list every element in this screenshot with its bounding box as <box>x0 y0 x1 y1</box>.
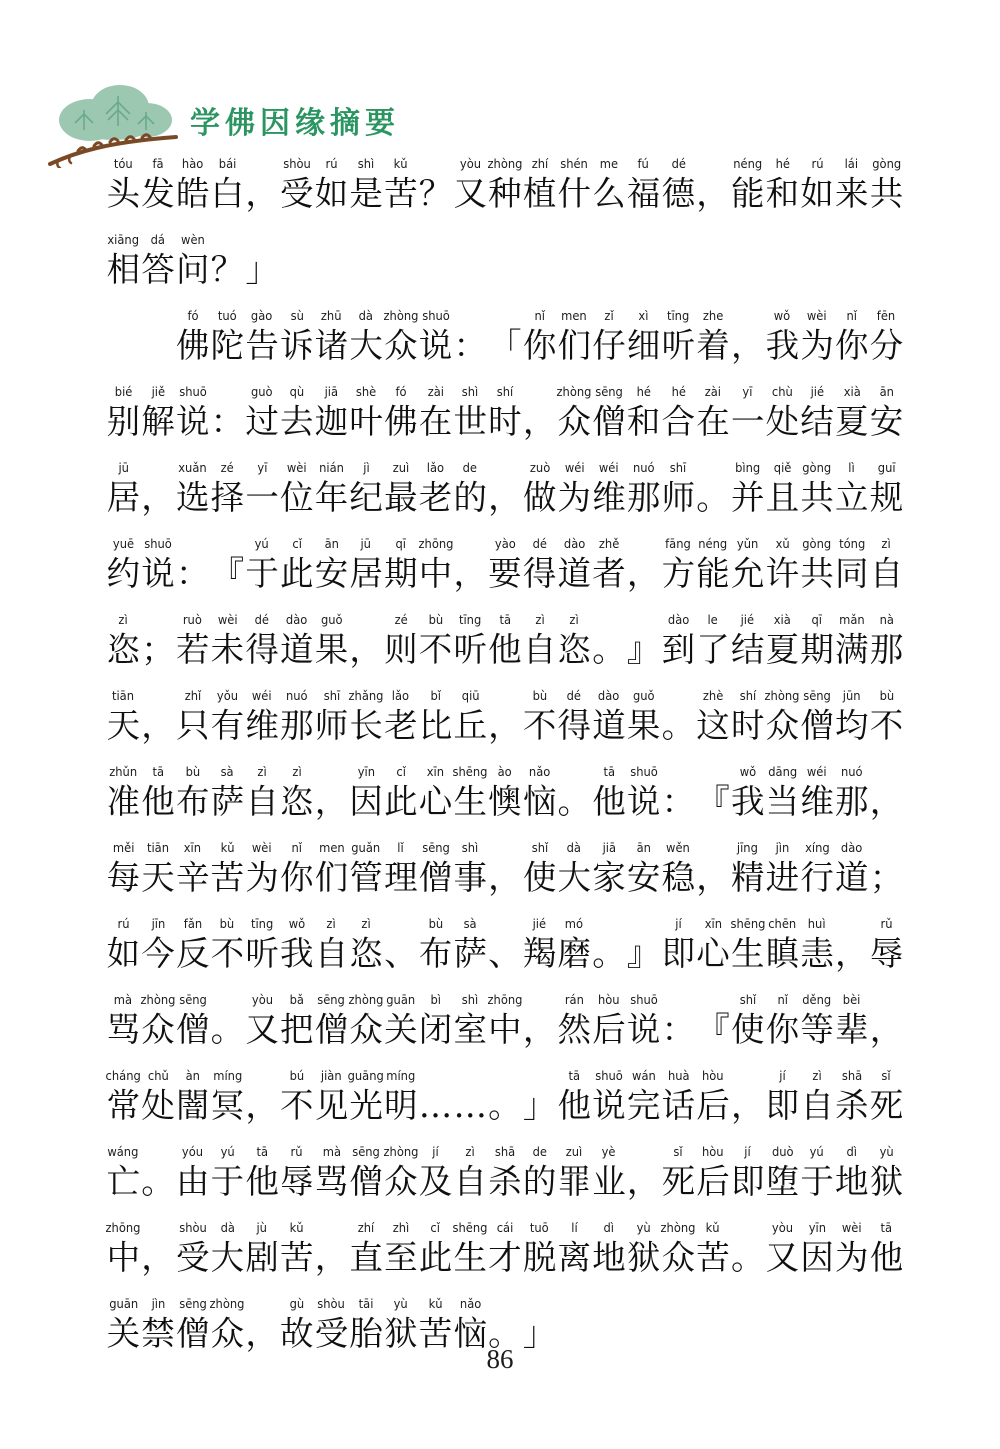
hanzi-character: 皓 <box>176 173 210 213</box>
pinyin-annotation: sà <box>221 764 234 781</box>
char-cell: míng冥 <box>210 1068 245 1125</box>
pinyin-annotation: fā <box>152 156 163 173</box>
hanzi-character: 并 <box>731 477 765 517</box>
pinyin-annotation: fēn <box>877 308 895 325</box>
hanzi-character: 萨 <box>211 781 245 821</box>
pinyin-annotation: zhū <box>321 308 342 325</box>
hanzi-character: 且 <box>766 477 800 517</box>
hanzi-character: 那 <box>835 781 869 821</box>
pinyin-annotation: shuō <box>144 536 172 553</box>
char-cell: 。 <box>730 1220 765 1277</box>
hanzi-character: 杀 <box>835 1085 869 1125</box>
hanzi-character: ， <box>870 1009 904 1049</box>
hanzi-character: 』 <box>627 629 661 669</box>
pinyin-annotation: míng <box>213 1068 242 1085</box>
hanzi-character: 苦 <box>696 1237 730 1277</box>
pinyin-annotation: mǎn <box>839 612 865 629</box>
char-cell: xià夏 <box>765 612 800 669</box>
hanzi-character: 离 <box>558 1237 592 1277</box>
pinyin-annotation: sēng <box>422 840 450 857</box>
hanzi-character: 每 <box>107 857 141 897</box>
char-cell: ， <box>626 1144 661 1201</box>
char-cell: lái来 <box>834 156 869 213</box>
pinyin-annotation: bù <box>532 688 547 705</box>
pinyin-annotation: fó <box>395 384 406 401</box>
char-cell: shí时 <box>730 688 765 745</box>
hanzi-character: 众 <box>349 1009 383 1049</box>
pinyin-annotation: de <box>463 460 477 477</box>
pinyin-annotation: jí <box>745 1144 751 1161</box>
char-cell: dào道 <box>834 840 869 897</box>
char-cell: ， <box>453 536 488 593</box>
hanzi-character: 地 <box>835 1161 869 1201</box>
pinyin-annotation: bù <box>185 764 200 781</box>
hanzi-character: 世 <box>453 401 487 441</box>
char-cell: guān关 <box>384 992 419 1049</box>
char-cell: shuō说 <box>626 764 661 821</box>
char-cell: jiā迦 <box>314 384 349 441</box>
hanzi-character: 羯 <box>523 933 557 973</box>
pinyin-annotation: sēng <box>803 688 831 705</box>
hanzi-character: 这 <box>696 705 730 745</box>
hanzi-character: 果 <box>315 629 349 669</box>
pinyin-annotation: sǐ <box>674 1144 683 1161</box>
hanzi-character: 择 <box>211 477 245 517</box>
hanzi-character: 和 <box>766 173 800 213</box>
pinyin-annotation: mà <box>114 992 132 1009</box>
pinyin-annotation: hòu <box>702 1144 724 1161</box>
hanzi-character: ？ <box>419 173 453 213</box>
hanzi-character: ， <box>835 933 869 973</box>
hanzi-character: 大 <box>349 325 383 365</box>
char-cell: zhì至 <box>384 1220 419 1277</box>
hanzi-character: 常 <box>107 1085 141 1125</box>
hanzi-character: 僧 <box>800 705 834 745</box>
pinyin-annotation: dà <box>567 840 581 857</box>
pinyin-annotation: cǐ <box>292 536 302 553</box>
char-cell: lí离 <box>557 1220 592 1277</box>
hanzi-character: 同 <box>835 553 869 593</box>
hanzi-character: ， <box>696 857 730 897</box>
pinyin-annotation: dà <box>220 1220 234 1237</box>
char-cell: jiā家 <box>592 840 627 897</box>
hanzi-character: 说 <box>592 1085 626 1125</box>
char-cell: chù处 <box>765 384 800 441</box>
pinyin-annotation: jū <box>361 536 371 553</box>
hanzi-character: 理 <box>384 857 418 897</box>
pinyin-annotation: mà <box>322 1144 340 1161</box>
pinyin-annotation: zì <box>570 612 579 629</box>
hanzi-character: 道 <box>280 629 314 669</box>
hanzi-character: 僧 <box>592 401 626 441</box>
char-cell: yīn因 <box>349 764 384 821</box>
hanzi-character: 反 <box>176 933 210 973</box>
hanzi-character: 那 <box>870 629 904 669</box>
pinyin-annotation: nǐ <box>292 840 302 857</box>
hanzi-character: 众 <box>766 705 800 745</box>
hanzi-character: 他 <box>558 1085 592 1125</box>
pinyin-annotation: sēng <box>352 1144 380 1161</box>
char-cell: ， <box>869 992 904 1049</box>
text-line: zhǔn准tā他bù布sà萨zì自zì恣，yīn因cǐ此xīn心shēng生ào… <box>106 764 926 821</box>
pinyin-annotation: jié <box>810 384 823 401</box>
pinyin-annotation: kǔ <box>290 1220 304 1237</box>
hanzi-character: … <box>419 1085 453 1125</box>
char-cell: àn闇 <box>175 1068 210 1125</box>
hanzi-character: 天 <box>107 705 141 745</box>
char-cell: wáng亡 <box>106 1144 141 1201</box>
pinyin-annotation: shì <box>462 840 478 857</box>
pinyin-annotation: lǎo <box>427 460 444 477</box>
hanzi-character: 说 <box>627 781 661 821</box>
hanzi-character: ： <box>453 325 487 365</box>
pinyin-annotation: jūn <box>843 688 861 705</box>
hanzi-character: 说 <box>141 553 175 593</box>
char-cell: shuō说 <box>141 536 176 593</box>
pinyin-annotation: jí <box>779 1068 785 1085</box>
hanzi-character: 果 <box>627 705 661 745</box>
char-cell: cǐ此 <box>384 764 419 821</box>
pinyin-annotation: shēng <box>453 1220 488 1237</box>
text-line: rú如jīn今fǎn反bù不tīng听wǒ我zì自zì恣、bù布sà萨、jié羯… <box>106 916 926 973</box>
char-cell: zhǔn准 <box>106 764 141 821</box>
char-cell: jí即 <box>730 1144 765 1201</box>
hanzi-character: 又 <box>453 173 487 213</box>
pinyin-annotation: zhōng <box>106 1220 141 1237</box>
char-cell: tóu头 <box>106 156 141 213</box>
text-line: cháng常chǔ处àn闇míng冥，bú不jiàn见guāng光míng明……… <box>106 1068 926 1125</box>
pinyin-annotation: shuō <box>630 764 658 781</box>
char-cell: jīng精 <box>730 840 765 897</box>
char-cell: qù去 <box>279 384 314 441</box>
hanzi-character: 直 <box>349 1237 383 1277</box>
hanzi-character: 时 <box>731 705 765 745</box>
pinyin-annotation: nà <box>879 612 893 629</box>
hanzi-character: 自 <box>245 781 279 821</box>
hanzi-character: 最 <box>384 477 418 517</box>
char-cell: zhōng中 <box>418 536 453 593</box>
char-cell: shǐ使 <box>730 992 765 1049</box>
pinyin-annotation: fú <box>638 156 649 173</box>
char-cell: wěn稳 <box>661 840 696 897</box>
hanzi-character: 维 <box>245 705 279 745</box>
hanzi-character: 如 <box>800 173 834 213</box>
char-cell: tā他 <box>557 1068 592 1125</box>
hanzi-character: 懊 <box>488 781 522 821</box>
hanzi-character: ， <box>696 173 730 213</box>
pinyin-annotation: yuē <box>113 536 134 553</box>
char-cell: zhòng种 <box>488 156 523 213</box>
char-cell: zì恣 <box>106 612 141 669</box>
pinyin-annotation: tā <box>152 764 164 781</box>
pinyin-annotation: dà <box>359 308 373 325</box>
char-cell: yú于 <box>800 1144 835 1201</box>
hanzi-character: 们 <box>558 325 592 365</box>
hanzi-character: 。 <box>731 1237 765 1277</box>
char-cell: mǎn满 <box>834 612 869 669</box>
hanzi-character: 如 <box>315 173 349 213</box>
pinyin-annotation: gù <box>289 1296 304 1313</box>
hanzi-character: 迦 <box>315 401 349 441</box>
pinyin-annotation: dāng <box>768 764 797 781</box>
char-cell: shì室 <box>453 992 488 1049</box>
pinyin-annotation: zì <box>812 1068 821 1085</box>
hanzi-character: 由 <box>176 1161 210 1201</box>
hanzi-character: 僧 <box>176 1009 210 1049</box>
pinyin-annotation: cái <box>497 1220 514 1237</box>
pinyin-annotation: rán <box>565 992 584 1009</box>
hanzi-character: 植 <box>523 173 557 213</box>
char-cell: ， <box>696 156 731 213</box>
pinyin-annotation: yī <box>257 460 267 477</box>
hanzi-character: 大 <box>558 857 592 897</box>
char-cell: yè业 <box>592 1144 627 1201</box>
char-cell: hòu后 <box>696 1144 731 1201</box>
hanzi-character: 和 <box>627 401 661 441</box>
char-cell: ？ <box>210 232 245 289</box>
char-cell: shí时 <box>488 384 523 441</box>
pinyin-annotation: huì <box>808 916 826 933</box>
text-line: měi每tiān天xīn辛kǔ苦wèi为nǐ你men们guǎn管lǐ理sēng僧… <box>106 840 926 897</box>
pinyin-annotation: míng <box>386 1068 415 1085</box>
hanzi-character: 大 <box>211 1237 245 1277</box>
pinyin-annotation: shì <box>358 156 374 173</box>
char-cell: shì是 <box>349 156 384 213</box>
hanzi-character: 辛 <box>176 857 210 897</box>
hanzi-character: 生 <box>453 781 487 821</box>
hanzi-character: 」 <box>523 1085 557 1125</box>
pinyin-annotation: gòng <box>803 536 832 553</box>
pinyin-annotation: yīn <box>358 764 375 781</box>
hanzi-character: 你 <box>835 325 869 365</box>
pinyin-annotation: wán <box>632 1068 656 1085</box>
hanzi-character: 比 <box>419 705 453 745</box>
char-cell: dé德 <box>661 156 696 213</box>
char-cell: ， <box>488 460 523 517</box>
char-cell: yòu又 <box>765 1220 800 1277</box>
char-cell: ； <box>869 840 904 897</box>
pinyin-annotation: bái <box>219 156 237 173</box>
char-cell: ， <box>834 916 869 973</box>
hanzi-character: 共 <box>800 477 834 517</box>
hanzi-character: 众 <box>141 1009 175 1049</box>
char-cell: sà萨 <box>453 916 488 973</box>
hanzi-character: 」 <box>245 249 279 289</box>
pinyin-annotation: wéi <box>599 460 619 477</box>
pinyin-annotation: bǐ <box>430 688 441 705</box>
char-cell: lì立 <box>834 460 869 517</box>
hanzi-character: 辈 <box>835 1009 869 1049</box>
char-cell: zì自 <box>453 1144 488 1201</box>
hanzi-character: ， <box>523 401 557 441</box>
char-cell: yù狱 <box>626 1220 661 1277</box>
hanzi-character: 期 <box>800 629 834 669</box>
hanzi-character: 不 <box>419 629 453 669</box>
char-cell: wǒ我 <box>279 916 314 973</box>
pinyin-annotation: zhòng <box>487 156 522 173</box>
hanzi-character: ， <box>731 1085 765 1125</box>
text-lines: tóu头fā发hào皓bái白，shòu受rú如shì是kǔ苦？yòu又zhòn… <box>106 156 926 1372</box>
char-cell: dà大 <box>349 308 384 365</box>
pinyin-annotation: yú <box>255 536 269 553</box>
hanzi-character: 安 <box>627 857 661 897</box>
pinyin-annotation: néng <box>699 536 728 553</box>
char-cell: xíng行 <box>800 840 835 897</box>
char-cell: bù布 <box>175 764 210 821</box>
char-cell: dé得 <box>557 688 592 745</box>
char-cell: zhòng众 <box>765 688 800 745</box>
hanzi-character: 精 <box>731 857 765 897</box>
pinyin-annotation: chù <box>772 384 793 401</box>
pinyin-annotation: guān <box>386 992 415 1009</box>
hanzi-character: 后 <box>592 1009 626 1049</box>
char-cell: hé和 <box>626 384 661 441</box>
pinyin-annotation: nián <box>319 460 344 477</box>
hanzi-character: 受 <box>176 1237 210 1277</box>
char-cell: ， <box>626 536 661 593</box>
char-cell: dì地 <box>834 1144 869 1201</box>
pinyin-annotation: néng <box>733 156 762 173</box>
pinyin-annotation: nǎo <box>529 764 550 781</box>
hanzi-character: 说 <box>176 401 210 441</box>
char-cell: ào懊 <box>488 764 523 821</box>
char-cell: bù不 <box>418 612 453 669</box>
char-cell: 。 <box>141 1144 176 1201</box>
char-cell: tā他 <box>869 1220 904 1277</box>
hanzi-character: ： <box>662 1009 696 1049</box>
char-cell: chǔ处 <box>141 1068 176 1125</box>
pinyin-annotation: zài <box>705 384 721 401</box>
char-cell: ， <box>730 308 765 365</box>
pinyin-annotation: nǎo <box>460 1296 481 1313</box>
hanzi-character: 『 <box>696 1009 730 1049</box>
char-cell: wéi维 <box>800 764 835 821</box>
hanzi-character: ， <box>627 553 661 593</box>
hanzi-character: 规 <box>870 477 904 517</box>
hanzi-character: 天 <box>141 857 175 897</box>
char-cell: shòu受 <box>279 156 314 213</box>
char-cell: … <box>418 1068 453 1125</box>
pinyin-annotation: tā <box>603 764 615 781</box>
char-cell: shuō说 <box>418 308 453 365</box>
hanzi-character: ； <box>870 857 904 897</box>
char-cell: hòu后 <box>592 992 627 1049</box>
hanzi-character: 今 <box>141 933 175 973</box>
hanzi-character: 狱 <box>627 1237 661 1277</box>
char-cell: wǒ我 <box>730 764 765 821</box>
hanzi-character: 僧 <box>419 857 453 897</box>
hanzi-character: 居 <box>349 553 383 593</box>
pinyin-annotation: zì <box>882 536 891 553</box>
pinyin-annotation: shè <box>356 384 376 401</box>
pinyin-annotation: xǔ <box>775 536 789 553</box>
hanzi-character: 福 <box>627 173 661 213</box>
pinyin-annotation: yóu <box>182 1144 203 1161</box>
hanzi-character: ， <box>315 1237 349 1277</box>
hanzi-character: 僧 <box>315 1009 349 1049</box>
hanzi-character: 、 <box>488 933 522 973</box>
char-cell: míng明 <box>384 1068 419 1125</box>
hanzi-character: 解 <box>141 401 175 441</box>
char-cell: jié结 <box>730 612 765 669</box>
hanzi-character: 一 <box>731 401 765 441</box>
char-cell: cǐ此 <box>279 536 314 593</box>
pinyin-annotation: yīn <box>808 1220 825 1237</box>
book-title: 学佛因缘摘要 <box>190 98 400 142</box>
pinyin-annotation: shā <box>495 1144 515 1161</box>
hanzi-character: 布 <box>176 781 210 821</box>
text-line: tóu头fā发hào皓bái白，shòu受rú如shì是kǔ苦？yòu又zhòn… <box>106 156 926 213</box>
char-cell: 、 <box>384 916 419 973</box>
pinyin-annotation: hé <box>775 156 789 173</box>
hanzi-character: 磨 <box>558 933 592 973</box>
pinyin-annotation: dá <box>151 232 165 249</box>
hanzi-character: 苦 <box>280 1237 314 1277</box>
pinyin-annotation: hòu <box>598 992 620 1009</box>
hanzi-character: 然 <box>558 1009 592 1049</box>
char-cell: nuó那 <box>834 764 869 821</box>
char-cell: dì地 <box>592 1220 627 1277</box>
char-cell: bú不 <box>279 1068 314 1125</box>
char-cell: sēng僧 <box>175 992 210 1049</box>
char-cell: tuō脱 <box>522 1220 557 1277</box>
hanzi-character: 自 <box>870 553 904 593</box>
pinyin-annotation: tā <box>256 1144 268 1161</box>
char-cell: wèi为 <box>800 308 835 365</box>
pinyin-annotation: fó <box>187 308 198 325</box>
pinyin-annotation: yǒu <box>217 688 238 705</box>
hanzi-character: 众 <box>384 1161 418 1201</box>
char-cell: zhǎng长 <box>349 688 384 745</box>
hanzi-character: 恼 <box>523 781 557 821</box>
char-cell: mó磨 <box>557 916 592 973</box>
pinyin-annotation: qù <box>289 384 304 401</box>
hanzi-character: 狱 <box>870 1161 904 1201</box>
pinyin-annotation: zhǎng <box>349 688 384 705</box>
char-cell: tīng听 <box>245 916 280 973</box>
char-cell: shī师 <box>661 460 696 517</box>
char-cell: zhōng中 <box>106 1220 141 1277</box>
char-cell: dà大 <box>557 840 592 897</box>
char-cell: de的 <box>453 460 488 517</box>
char-cell: 。 <box>488 1068 523 1125</box>
hanzi-character: 着 <box>696 325 730 365</box>
char-cell: zhòng众 <box>661 1220 696 1277</box>
hanzi-character: 。 <box>488 1085 522 1125</box>
pinyin-annotation: tā <box>499 612 511 629</box>
hanzi-character: 一 <box>245 477 279 517</box>
pinyin-annotation: tāi <box>359 1296 374 1313</box>
hanzi-character: 堕 <box>766 1161 800 1201</box>
char-cell: zhòng众 <box>384 308 419 365</box>
pinyin-annotation: sēng <box>318 992 346 1009</box>
pinyin-annotation: wèi <box>252 840 272 857</box>
char-cell: zuì罪 <box>557 1144 592 1201</box>
hanzi-character: 行 <box>800 857 834 897</box>
pinyin-annotation: guǎn <box>352 840 381 857</box>
pinyin-annotation: zhòng <box>210 1296 245 1313</box>
hanzi-character: 』 <box>627 933 661 973</box>
hanzi-character: 陀 <box>211 325 245 365</box>
char-cell: wèi未 <box>210 612 245 669</box>
text-line: jū居，xuǎn选zé择yī一wèi位nián年jì纪zuì最lǎo老de的，z… <box>106 460 926 517</box>
pinyin-annotation: zì <box>327 916 336 933</box>
hanzi-character: 诉 <box>280 325 314 365</box>
pinyin-annotation: shòu <box>179 1220 207 1237</box>
pinyin-annotation: zuò <box>529 460 549 477</box>
char-cell: yī一 <box>245 460 280 517</box>
pinyin-annotation: tiān <box>112 688 134 705</box>
